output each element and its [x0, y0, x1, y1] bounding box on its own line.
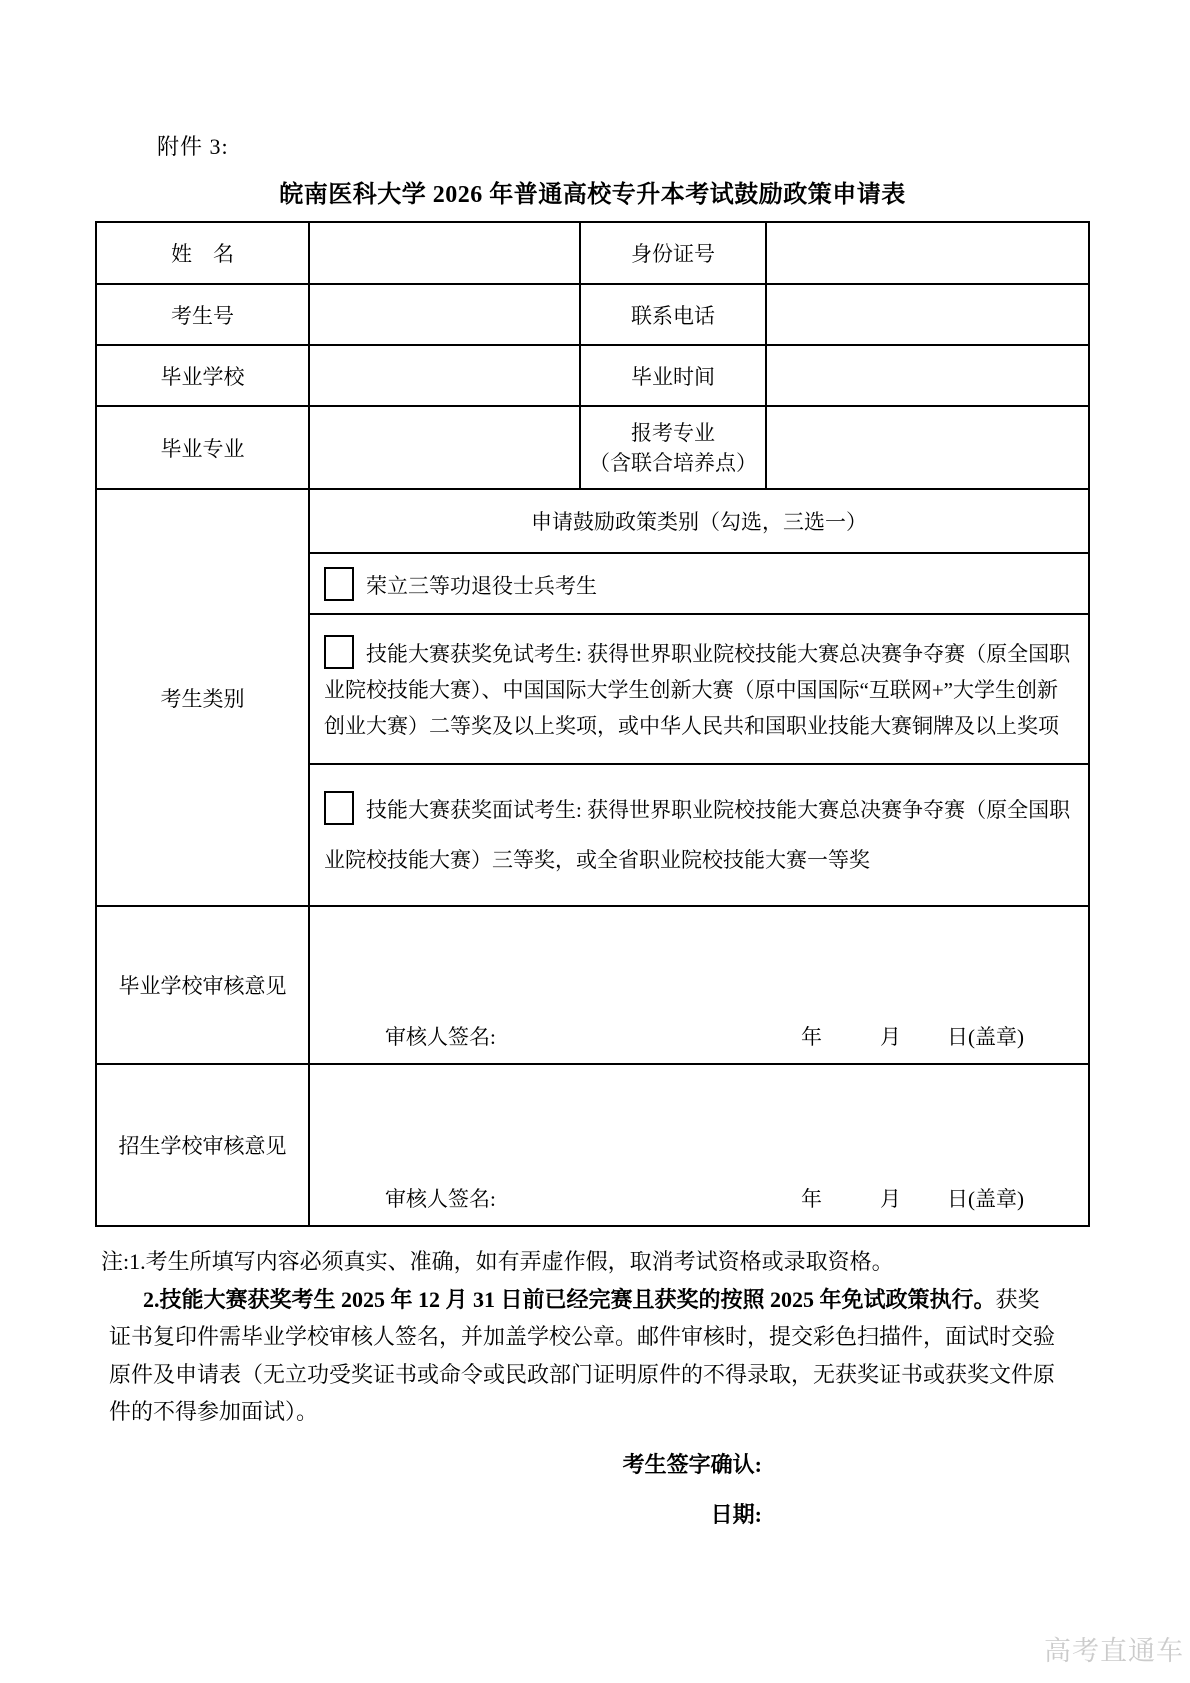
page-title: 皖南医科大学 2026 年普通高校专升本考试鼓励政策申请表: [95, 174, 1090, 209]
year-label: 年: [801, 1021, 822, 1051]
year-label: 年: [801, 1183, 822, 1213]
note-line-1: 注:1.考生所填写内容必须真实、准确，如有弄虚作假，取消考试资格或录取资格。: [101, 1243, 1056, 1281]
admitting-school-review-content: 审核人签名: 年 月 日(盖章): [310, 1065, 1088, 1225]
reviewer-signature-line: 审核人签名: 年 月 日(盖章): [310, 1183, 1088, 1213]
name-value-cell: [310, 223, 581, 283]
application-form-table: 姓 名 身份证号 考生号 联系电话 毕业学校 毕业时间 毕业专业 报考专业 （含…: [95, 221, 1090, 1227]
notes-section: 注:1.考生所填写内容必须真实、准确，如有弄虚作假，取消考试资格或录取资格。 2…: [101, 1243, 1056, 1431]
phone-value-cell: [767, 285, 1088, 344]
option-skill-contest-exempt: 技能大赛获奖免试考生: 获得世界职业院校技能大赛总决赛争夺赛（原全国职业院校技能…: [310, 615, 1088, 765]
candidate-number-value-cell: [310, 285, 581, 344]
applied-major-label-line2: （含联合培养点）: [589, 448, 757, 478]
reviewer-signature-line: 审核人签名: 年 月 日(盖章): [310, 1021, 1088, 1051]
candidate-signature-label: 考生签字确认:: [450, 1448, 762, 1479]
reviewer-signature-label: 审核人签名:: [385, 1021, 496, 1051]
attachment-label: 附件 3:: [157, 130, 229, 161]
option-skill-contest-interview: 技能大赛获奖面试考生: 获得世界职业院校技能大赛总决赛争夺赛（原全国职业院校技能…: [310, 765, 1088, 905]
skill-contest-interview-option-text: 技能大赛获奖面试考生: 获得世界职业院校技能大赛总决赛争夺赛（原全国职业院校技能…: [324, 798, 1070, 872]
graduation-major-value-cell: [310, 407, 581, 488]
month-label: 月: [880, 1021, 901, 1051]
retired-soldier-checkbox: [324, 567, 354, 601]
candidate-category-content: 申请鼓励政策类别（勾选，三选一） 荣立三等功退役士兵考生 技能大赛获奖免试考生:…: [310, 490, 1088, 905]
reviewer-signature-label: 审核人签名:: [385, 1183, 496, 1213]
table-row: 姓 名 身份证号: [97, 223, 1088, 285]
skill-contest-exempt-checkbox: [324, 635, 354, 669]
graduation-school-review-row: 毕业学校审核意见 审核人签名: 年 月 日(盖章): [97, 907, 1088, 1065]
id-number-label-cell: 身份证号: [581, 223, 767, 283]
day-seal-label: 日(盖章): [947, 1183, 1024, 1213]
month-label: 月: [880, 1183, 901, 1213]
applied-major-label-cell: 报考专业 （含联合培养点）: [581, 407, 767, 488]
graduation-date-value-cell: [767, 346, 1088, 405]
table-row: 毕业学校 毕业时间: [97, 346, 1088, 407]
name-label-cell: 姓 名: [97, 223, 310, 283]
skill-contest-exempt-option-text: 技能大赛获奖免试考生: 获得世界职业院校技能大赛总决赛争夺赛（原全国职业院校技能…: [324, 642, 1070, 738]
option-retired-soldier: 荣立三等功退役士兵考生: [310, 554, 1088, 615]
applied-major-value-cell: [767, 407, 1088, 488]
graduation-date-label-cell: 毕业时间: [581, 346, 767, 405]
graduation-school-label-cell: 毕业学校: [97, 346, 310, 405]
admitting-school-review-row: 招生学校审核意见 审核人签名: 年 月 日(盖章): [97, 1065, 1088, 1225]
day-seal-label: 日(盖章): [947, 1021, 1024, 1051]
phone-label-cell: 联系电话: [581, 285, 767, 344]
candidate-category-label-cell: 考生类别: [97, 490, 310, 905]
note-line-2: 2.技能大赛获奖考生 2025 年 12 月 31 日前已经完赛且获奖的按照 2…: [109, 1281, 1056, 1431]
skill-contest-interview-checkbox: [324, 791, 354, 825]
id-number-value-cell: [767, 223, 1088, 283]
candidate-category-row: 考生类别 申请鼓励政策类别（勾选，三选一） 荣立三等功退役士兵考生 技能大赛获奖…: [97, 490, 1088, 907]
table-row: 考生号 联系电话: [97, 285, 1088, 346]
note-line-2-bold: 2.技能大赛获奖考生 2025 年 12 月 31 日前已经完赛且获奖的按照 2…: [143, 1287, 996, 1312]
graduation-school-review-label: 毕业学校审核意见: [97, 907, 310, 1063]
graduation-school-review-content: 审核人签名: 年 月 日(盖章): [310, 907, 1088, 1063]
applied-major-label-line1: 报考专业: [631, 418, 715, 448]
retired-soldier-option-text: 荣立三等功退役士兵考生: [366, 574, 597, 598]
signature-date-label: 日期:: [450, 1498, 762, 1529]
admitting-school-review-label: 招生学校审核意见: [97, 1065, 310, 1225]
candidate-signature-block: 考生签字确认: 日期:: [450, 1448, 762, 1529]
table-row: 毕业专业 报考专业 （含联合培养点）: [97, 407, 1088, 490]
candidate-number-label-cell: 考生号: [97, 285, 310, 344]
graduation-major-label-cell: 毕业专业: [97, 407, 310, 488]
watermark-text: 高考直通车: [1044, 1629, 1184, 1668]
graduation-school-value-cell: [310, 346, 581, 405]
policy-category-header: 申请鼓励政策类别（勾选，三选一）: [310, 490, 1088, 554]
